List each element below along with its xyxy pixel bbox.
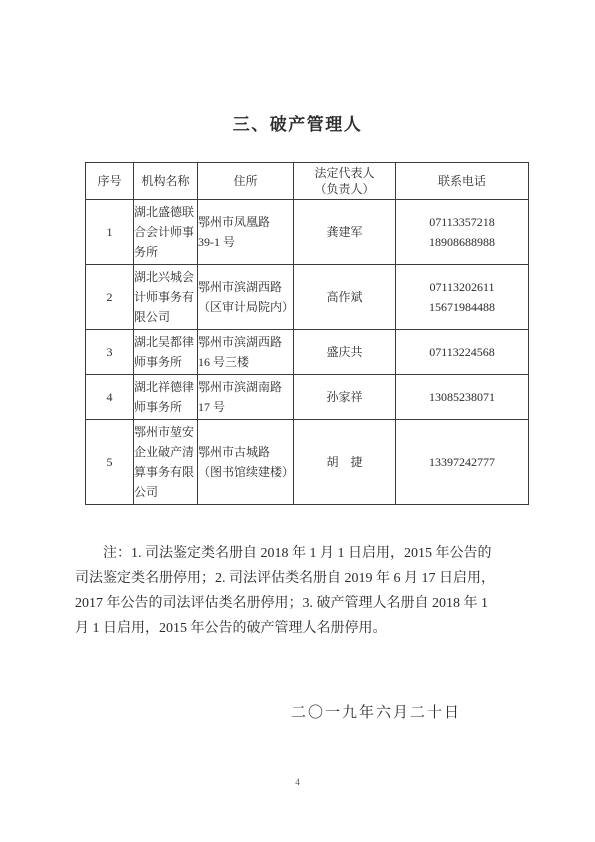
note-line: 月 1 日启用，2015 年公告的破产管理人名册停用。: [75, 616, 531, 641]
address-line: 鄂州市滨湖西路: [198, 332, 293, 352]
address-line: 鄂州市古城路: [198, 442, 293, 462]
cell-no: 3: [86, 330, 134, 375]
cell-representative: 龚建军: [294, 200, 396, 265]
address-line: 17 号: [198, 397, 293, 417]
cell-phone: 07113202611 15671984488: [396, 265, 529, 330]
cell-representative: 孙家祥: [294, 375, 396, 420]
header-org: 机构名称: [134, 163, 198, 200]
phone-line: 18908688988: [396, 232, 528, 252]
address-line: 鄂州市滨湖西路: [198, 277, 293, 297]
cell-address: 鄂州市古城路 （图书馆续建楼）: [198, 420, 294, 505]
org-line: 湖北祥德律: [134, 377, 197, 397]
header-label: 联系电话: [396, 173, 528, 189]
table-row: 2 湖北兴城会 计师事务有 限公司 鄂州市滨湖西路 （区审计局院内） 高作斌 0…: [86, 265, 529, 330]
org-line: 湖北吴都律: [134, 332, 197, 352]
header-phone: 联系电话: [396, 163, 529, 200]
org-line: 算事务有限: [134, 462, 197, 482]
address-line: 16 号三楼: [198, 352, 293, 372]
address-line: 39-1 号: [198, 232, 293, 252]
cell-address: 鄂州市滨湖南路 17 号: [198, 375, 294, 420]
phone-line: 07113357218: [396, 212, 528, 232]
table-header-row: 序号 机构名称 住所 法定代表人 （负责人） 联系电话: [86, 163, 529, 200]
note-line: 注：1. 司法鉴定类名册自 2018 年 1 月 1 日启用，2015 年公告的: [75, 541, 531, 566]
org-line: 限公司: [134, 307, 197, 327]
cell-representative: 高作斌: [294, 265, 396, 330]
cell-address: 鄂州市凤凰路 39-1 号: [198, 200, 294, 265]
org-line: 计师事务有: [134, 287, 197, 307]
org-line: 企业破产清: [134, 442, 197, 462]
table-row: 3 湖北吴都律 师事务所 鄂州市滨湖西路 16 号三楼 盛庆共 07113224…: [86, 330, 529, 375]
cell-org: 湖北祥德律 师事务所: [134, 375, 198, 420]
header-no: 序号: [86, 163, 134, 200]
address-line: 鄂州市凤凰路: [198, 212, 293, 232]
header-label: 序号: [86, 173, 133, 189]
cell-address: 鄂州市滨湖西路 （区审计局院内）: [198, 265, 294, 330]
note-line: 司法鉴定类名册停用；2. 司法评估类名册自 2019 年 6 月 17 日启用，: [75, 566, 531, 591]
org-line: 鄂州市堃安: [134, 422, 197, 442]
phone-line: 15671984488: [396, 297, 528, 317]
phone-line: 07113224568: [396, 342, 528, 362]
document-page: 三、破产管理人 序号 机构名称 住所 法定代表人 （负责人） 联系电话 1 湖北…: [0, 0, 595, 842]
org-line: 务所: [134, 242, 197, 262]
org-line: 湖北盛德联: [134, 202, 197, 222]
org-line: 师事务所: [134, 397, 197, 417]
table-row: 1 湖北盛德联 合会计师事 务所 鄂州市凤凰路 39-1 号 龚建军 07113…: [86, 200, 529, 265]
phone-line: 13085238071: [396, 387, 528, 407]
cell-representative: 胡 捷: [294, 420, 396, 505]
table-row: 4 湖北祥德律 师事务所 鄂州市滨湖南路 17 号 孙家祥 1308523807…: [86, 375, 529, 420]
cell-phone: 13397242777: [396, 420, 529, 505]
date-line: 二〇一九年六月二十日: [0, 701, 595, 722]
note-line: 2017 年公告的司法评估类名册停用；3. 破产管理人名册自 2018 年 1: [75, 591, 531, 616]
cell-no: 5: [86, 420, 134, 505]
cell-phone: 07113224568: [396, 330, 529, 375]
address-line: （图书馆续建楼）: [198, 462, 293, 482]
table-row: 5 鄂州市堃安 企业破产清 算事务有限 公司 鄂州市古城路 （图书馆续建楼） 胡…: [86, 420, 529, 505]
cell-no: 2: [86, 265, 134, 330]
address-line: （区审计局院内）: [198, 297, 293, 317]
header-address: 住所: [198, 163, 294, 200]
cell-phone: 13085238071: [396, 375, 529, 420]
cell-org: 湖北兴城会 计师事务有 限公司: [134, 265, 198, 330]
page-number: 4: [0, 777, 595, 787]
address-line: 鄂州市滨湖南路: [198, 377, 293, 397]
cell-representative: 盛庆共: [294, 330, 396, 375]
cell-org: 鄂州市堃安 企业破产清 算事务有限 公司: [134, 420, 198, 505]
cell-no: 4: [86, 375, 134, 420]
phone-line: 13397242777: [396, 452, 528, 472]
org-line: 合会计师事: [134, 222, 197, 242]
org-line: 湖北兴城会: [134, 267, 197, 287]
header-label: （负责人）: [294, 181, 395, 197]
cell-address: 鄂州市滨湖西路 16 号三楼: [198, 330, 294, 375]
header-label: 法定代表人: [294, 165, 395, 181]
header-label: 机构名称: [134, 173, 197, 189]
phone-line: 07113202611: [396, 277, 528, 297]
cell-no: 1: [86, 200, 134, 265]
administrators-table: 序号 机构名称 住所 法定代表人 （负责人） 联系电话 1 湖北盛德联 合会计师…: [85, 162, 529, 505]
header-representative: 法定代表人 （负责人）: [294, 163, 396, 200]
section-title: 三、破产管理人: [0, 0, 595, 135]
note-paragraph: 注：1. 司法鉴定类名册自 2018 年 1 月 1 日启用，2015 年公告的…: [75, 541, 531, 641]
org-line: 公司: [134, 482, 197, 502]
cell-phone: 07113357218 18908688988: [396, 200, 529, 265]
cell-org: 湖北盛德联 合会计师事 务所: [134, 200, 198, 265]
header-label: 住所: [198, 173, 293, 189]
org-line: 师事务所: [134, 352, 197, 372]
cell-org: 湖北吴都律 师事务所: [134, 330, 198, 375]
